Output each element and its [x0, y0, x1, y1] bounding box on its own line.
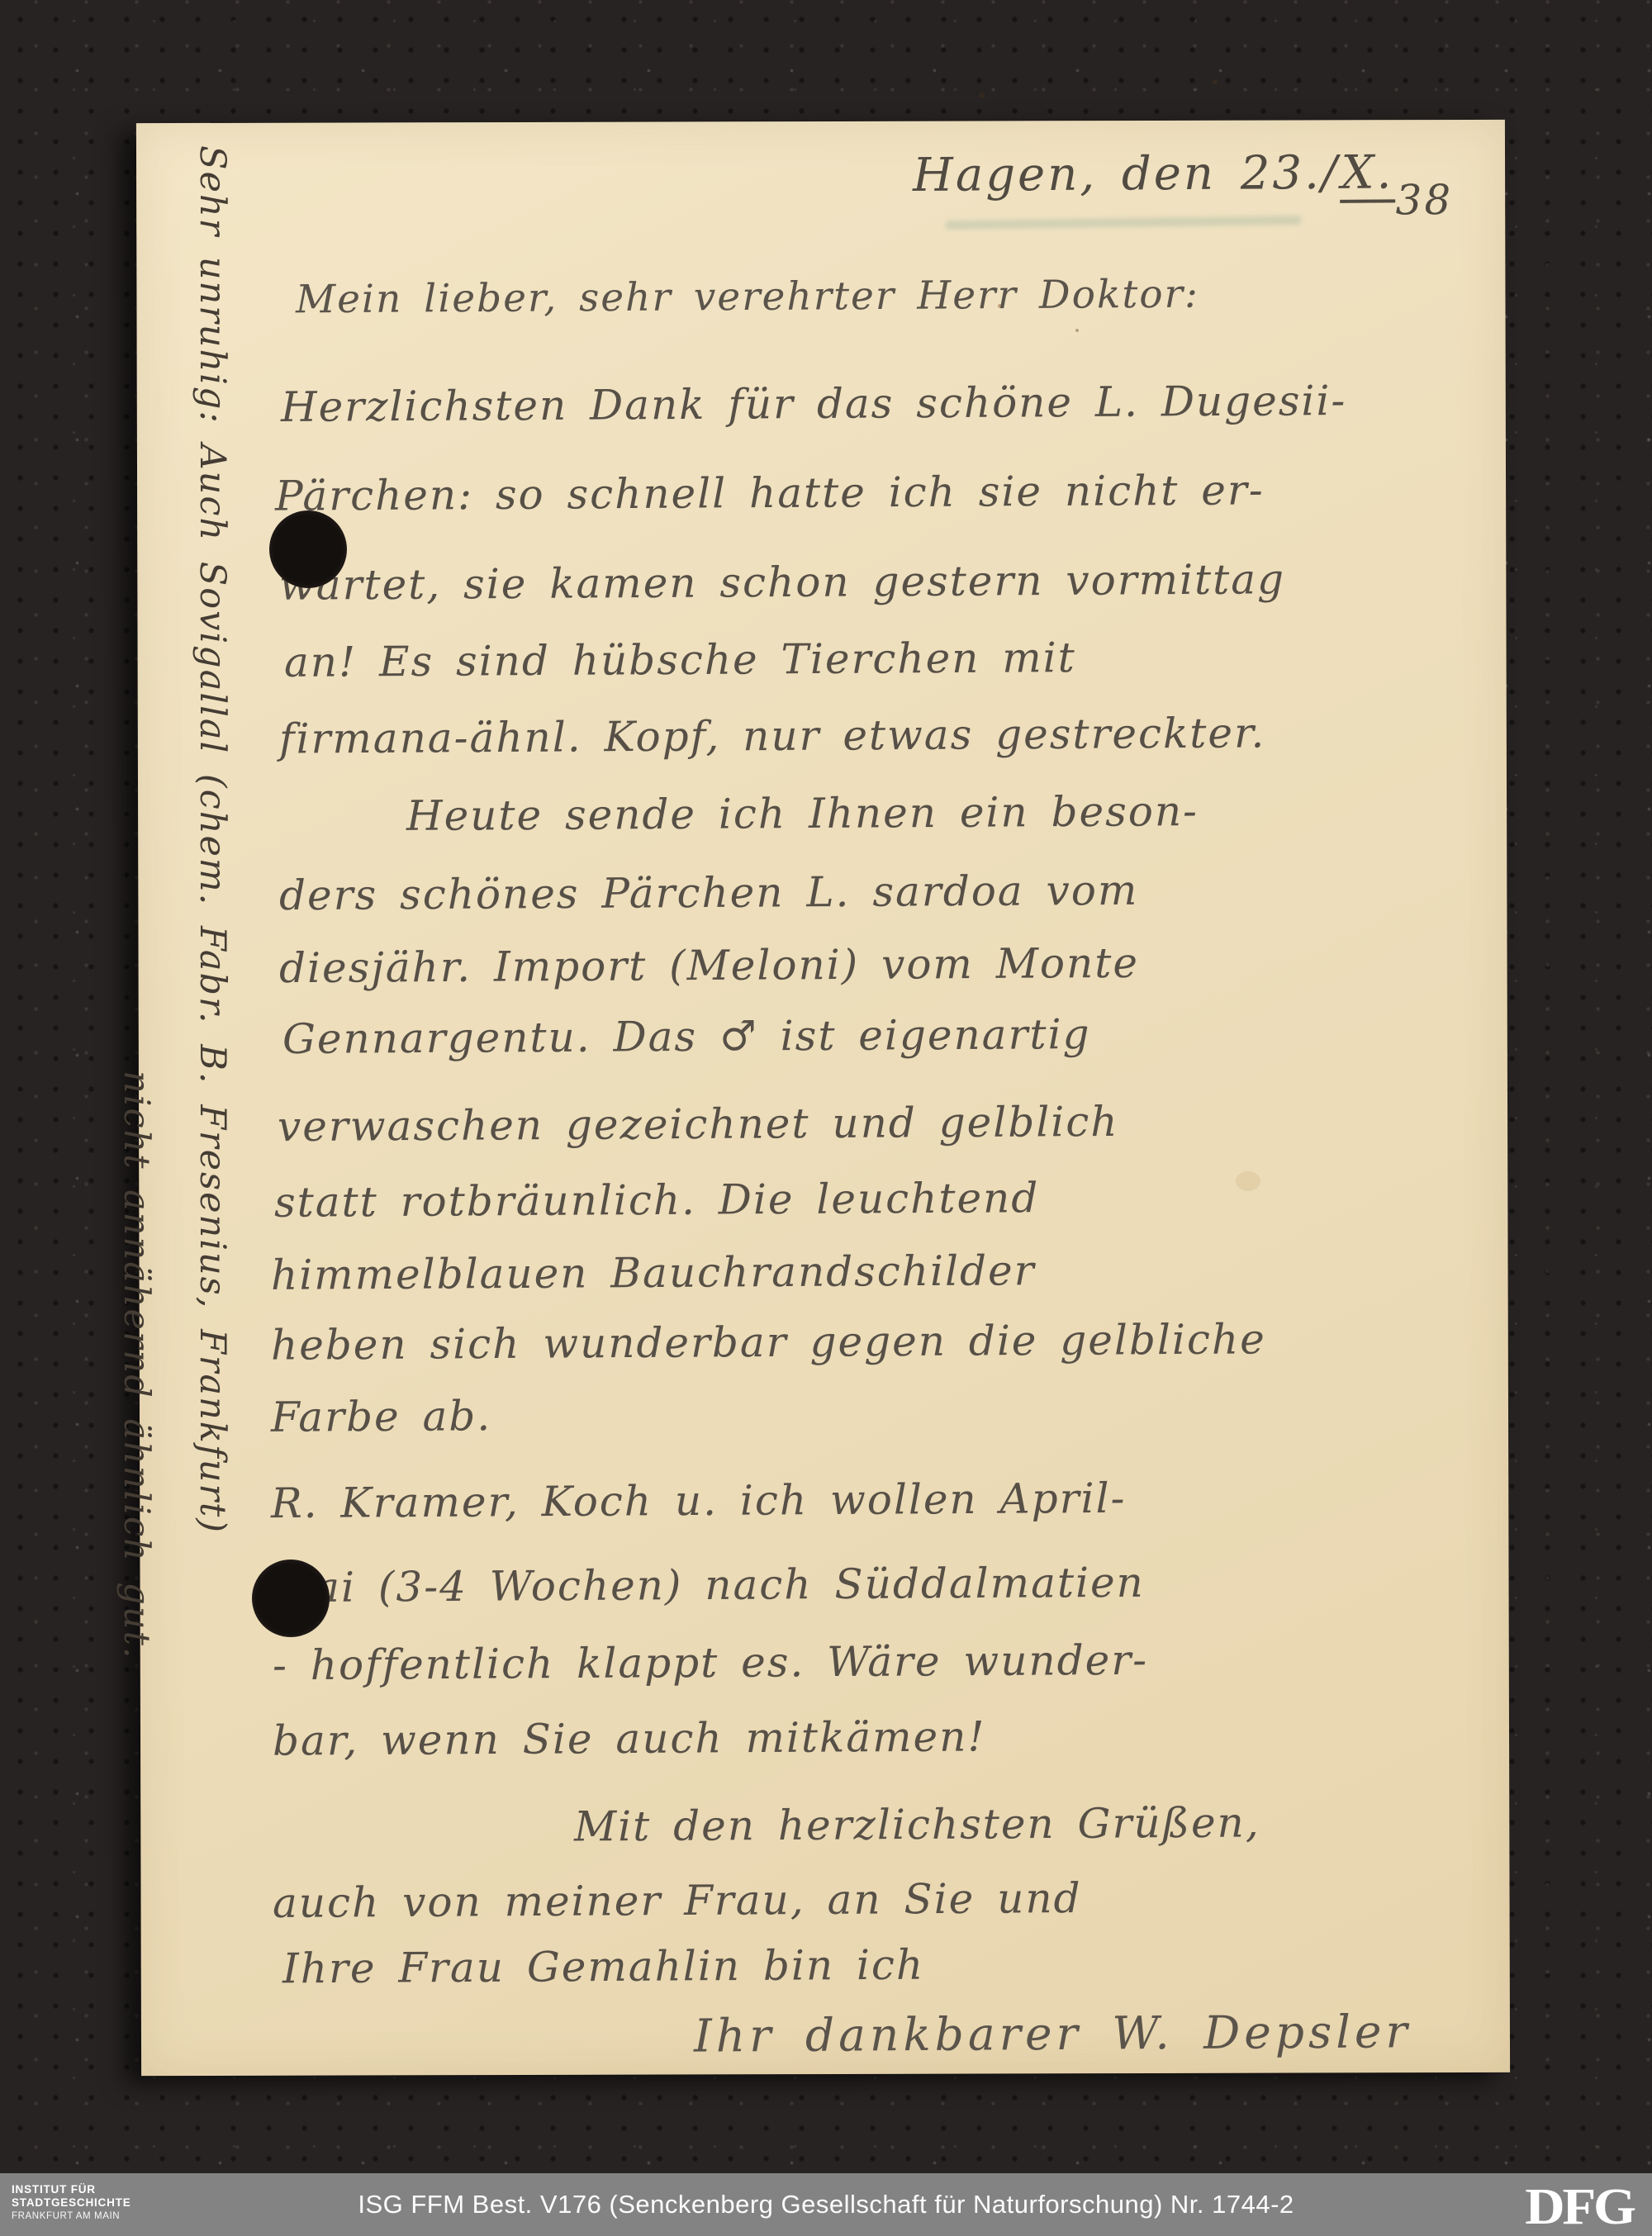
handwritten-line: ders schönes Pärchen L. sardoa vom	[279, 866, 1139, 919]
handwritten-line: auch von meiner Frau, an Sie und	[273, 1874, 1082, 1927]
handwritten-line: bar, wenn Sie auch mitkämen!	[273, 1712, 986, 1764]
handwritten-line: Farbe ab.	[271, 1392, 492, 1441]
punch-hole	[269, 510, 347, 588]
handwritten-line: Herzlichsten Dank für das schöne L. Duge…	[281, 377, 1347, 431]
handwritten-line: wartet, sie kamen schon gestern vormitta…	[279, 555, 1285, 609]
salutation-line: Mein lieber, sehr verehrter Herr Doktor:	[296, 272, 1199, 323]
date-prefix: Hagen, den 23./	[913, 146, 1340, 202]
handwritten-line: Heute sende ich Ihnen ein beson-	[406, 787, 1199, 840]
margin-note-line: nicht annähernd ähnlich gut.	[98, 1071, 174, 1930]
handwritten-line: Pärchen: so schnell hatte ich sie nicht …	[275, 466, 1265, 520]
handwritten-line: Mit den herzlichsten Grüßen,	[574, 1798, 1260, 1850]
archive-scan-page: { "letter": { "date": { "prefix": "Hagen…	[0, 0, 1652, 2236]
date-month: X.	[1339, 145, 1395, 202]
caption-bar: INSTITUT FÜR STADTGESCHICHTE FRANKFURT A…	[0, 2173, 1652, 2236]
handwritten-line: Ihre Frau Gemahlin bin ich	[282, 1941, 925, 1993]
caption-text: ISG FFM Best. V176 (Senckenberg Gesellsc…	[0, 2173, 1652, 2236]
handwritten-line: Gennargentu. Das ♂ ist eigenartig	[282, 1010, 1091, 1063]
foxing-spot	[1075, 329, 1079, 332]
handwritten-line: diesjähr. Import (Meloni) vom Monte	[279, 939, 1139, 992]
foxing-spot	[1213, 79, 1218, 84]
date-line: Hagen, den 23./X.38	[913, 145, 1453, 202]
handwritten-line: himmelblauen Bauchrandschilder	[271, 1246, 1036, 1299]
foxing-spot	[979, 93, 985, 98]
date-year: 38	[1395, 176, 1453, 224]
dfg-logo: DFG	[1525, 2178, 1634, 2236]
signature-line: Ihr dankbarer W. Depsler	[694, 2005, 1412, 2062]
handwritten-line: firmana-ähnl. Kopf, nur etwas gestreckte…	[279, 709, 1266, 762]
handwritten-line: statt rotbräunlich. Die leuchtend	[274, 1174, 1040, 1227]
punch-hole	[252, 1560, 330, 1637]
paper-stain	[1236, 1171, 1260, 1191]
handwritten-line: - hoffentlich klappt es. Wäre wunder-	[273, 1636, 1148, 1689]
handwritten-line: an! Es sind hübsche Tierchen mit	[284, 634, 1076, 686]
handwritten-line: heben sich wunderbar gegen die gelbliche	[271, 1315, 1266, 1369]
handwritten-line: R. Kramer, Koch u. ich wollen April-	[271, 1474, 1127, 1527]
handwritten-line: verwaschen gezeichnet und gelblich	[278, 1098, 1119, 1151]
margin-note-line: Sehr unruhig: Auch Sovigallal (chem. Fab…	[192, 145, 233, 1534]
handwritten-line: Mai (3-4 Wochen) nach Süddalmatien	[271, 1559, 1145, 1612]
margin-note: Sehr unruhig: Auch Sovigallal (chem. Fab…	[98, 145, 250, 1930]
